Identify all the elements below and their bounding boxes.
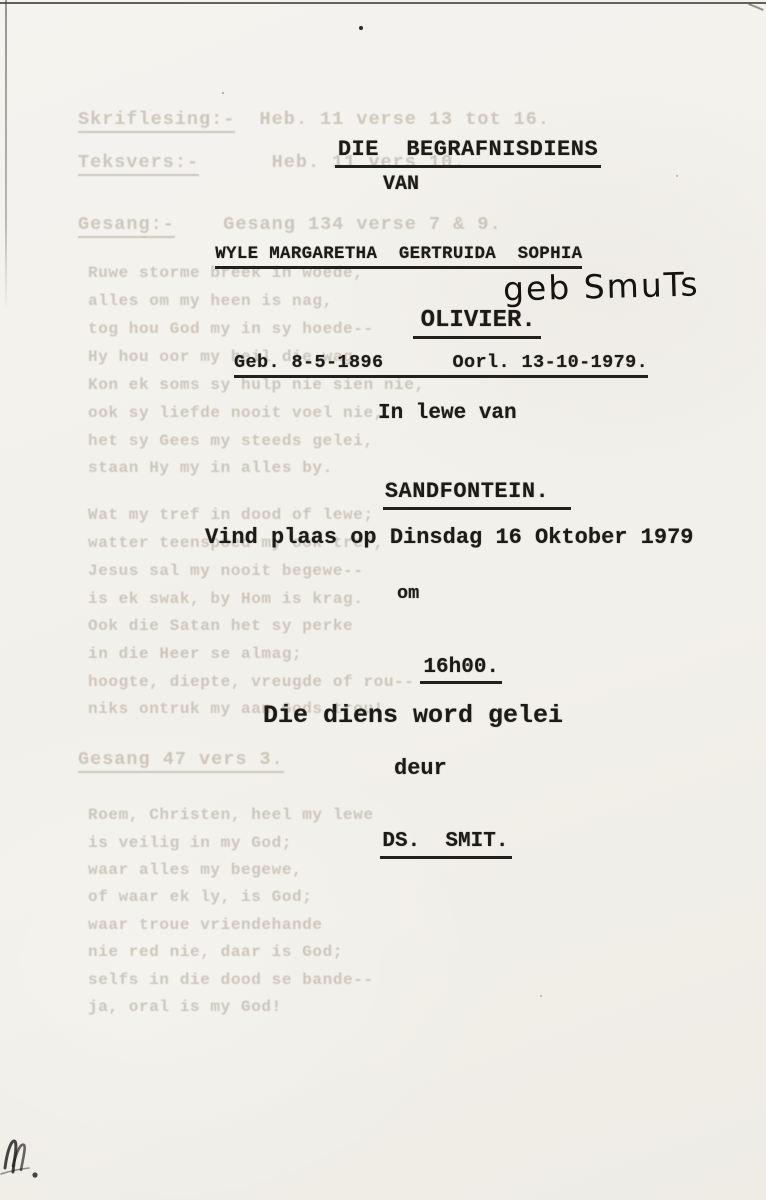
bleedthrough-line: ja, oral is my God! (88, 999, 282, 1017)
residence: SANDFONTEIN. (383, 479, 571, 510)
page-title: DIE BEGRAFNISDIENS (335, 137, 601, 168)
ink-smudge (0, 1128, 52, 1188)
bleedthrough-line: in die Heer se almag; (88, 646, 302, 664)
scan-speck (222, 92, 224, 94)
bleedthrough-line: waar alles my begewe, (88, 862, 302, 880)
leader-connector-line: deur (394, 756, 447, 781)
bleedthrough-line: is ek swak, by Hom is krag. (88, 591, 363, 609)
handwritten-annotation: geb SmuTs (503, 267, 700, 305)
scan-speck (359, 26, 363, 30)
dates-line: Geb. 8-5-1896 Oorl. 13-10-1979. (188, 331, 648, 395)
bleedthrough-line: Jesus sal my nooit begewe-- (88, 563, 363, 581)
time-intro-line: om (397, 583, 419, 604)
bleedthrough-line: is veilig in my God; (88, 835, 292, 853)
bleedthrough-line: Gesang 47 vers 3. (78, 750, 284, 770)
scan-corner-tick (748, 3, 764, 11)
bleedthrough-line: alles om my heen is nag, (88, 293, 333, 311)
scanned-funeral-program: Skriflesing:- Heb. 11 verse 13 tot 16.Te… (0, 0, 766, 1200)
bleedthrough-line: of waar ek ly, is God; (88, 889, 312, 907)
title-line: DIE BEGRAFNISDIENS (280, 112, 601, 188)
bleedthrough-line: het sy Gees my steeds gelei, (88, 433, 374, 451)
leader-line: DS. SMIT. (330, 806, 512, 878)
minister-name: DS. SMIT. (380, 830, 512, 859)
bleedthrough-line: waar troue vriendehande (88, 917, 323, 935)
leader-intro-line: Die diens word gelei (263, 702, 563, 731)
event-line: Vind plaas op Dinsdag 16 Oktober 1979 (205, 525, 693, 550)
bleedthrough-line: ook sy liefde nooit voel nie, (88, 405, 384, 423)
birth-death-dates: Geb. 8-5-1896 Oorl. 13-10-1979. (234, 352, 648, 378)
residence-intro-line: In lewe van (378, 402, 517, 426)
service-time: 16h00. (420, 656, 502, 684)
bleedthrough-line: nie red nie, daar is God; (88, 944, 343, 962)
time-line: 16h00. (370, 632, 502, 704)
scan-edge-left (5, 0, 7, 310)
bleedthrough-line: staan Hy my in alles by. (88, 460, 333, 478)
deceased-name: WYLE MARGARETHA GERTRUIDA SOPHIA (215, 244, 582, 269)
van-line: VAN (383, 173, 419, 196)
bleedthrough-line: selfs in die dood se bande-- (88, 972, 374, 990)
bleedthrough-line: hoogte, diepte, vreugde of rou-- (88, 674, 414, 692)
scan-edge-top (0, 2, 766, 4)
residence-line: SANDFONTEIN. (328, 454, 571, 530)
scan-speck (676, 175, 678, 177)
bleedthrough-line: Ook die Satan het sy perke (88, 618, 353, 636)
scan-speck (540, 995, 542, 997)
